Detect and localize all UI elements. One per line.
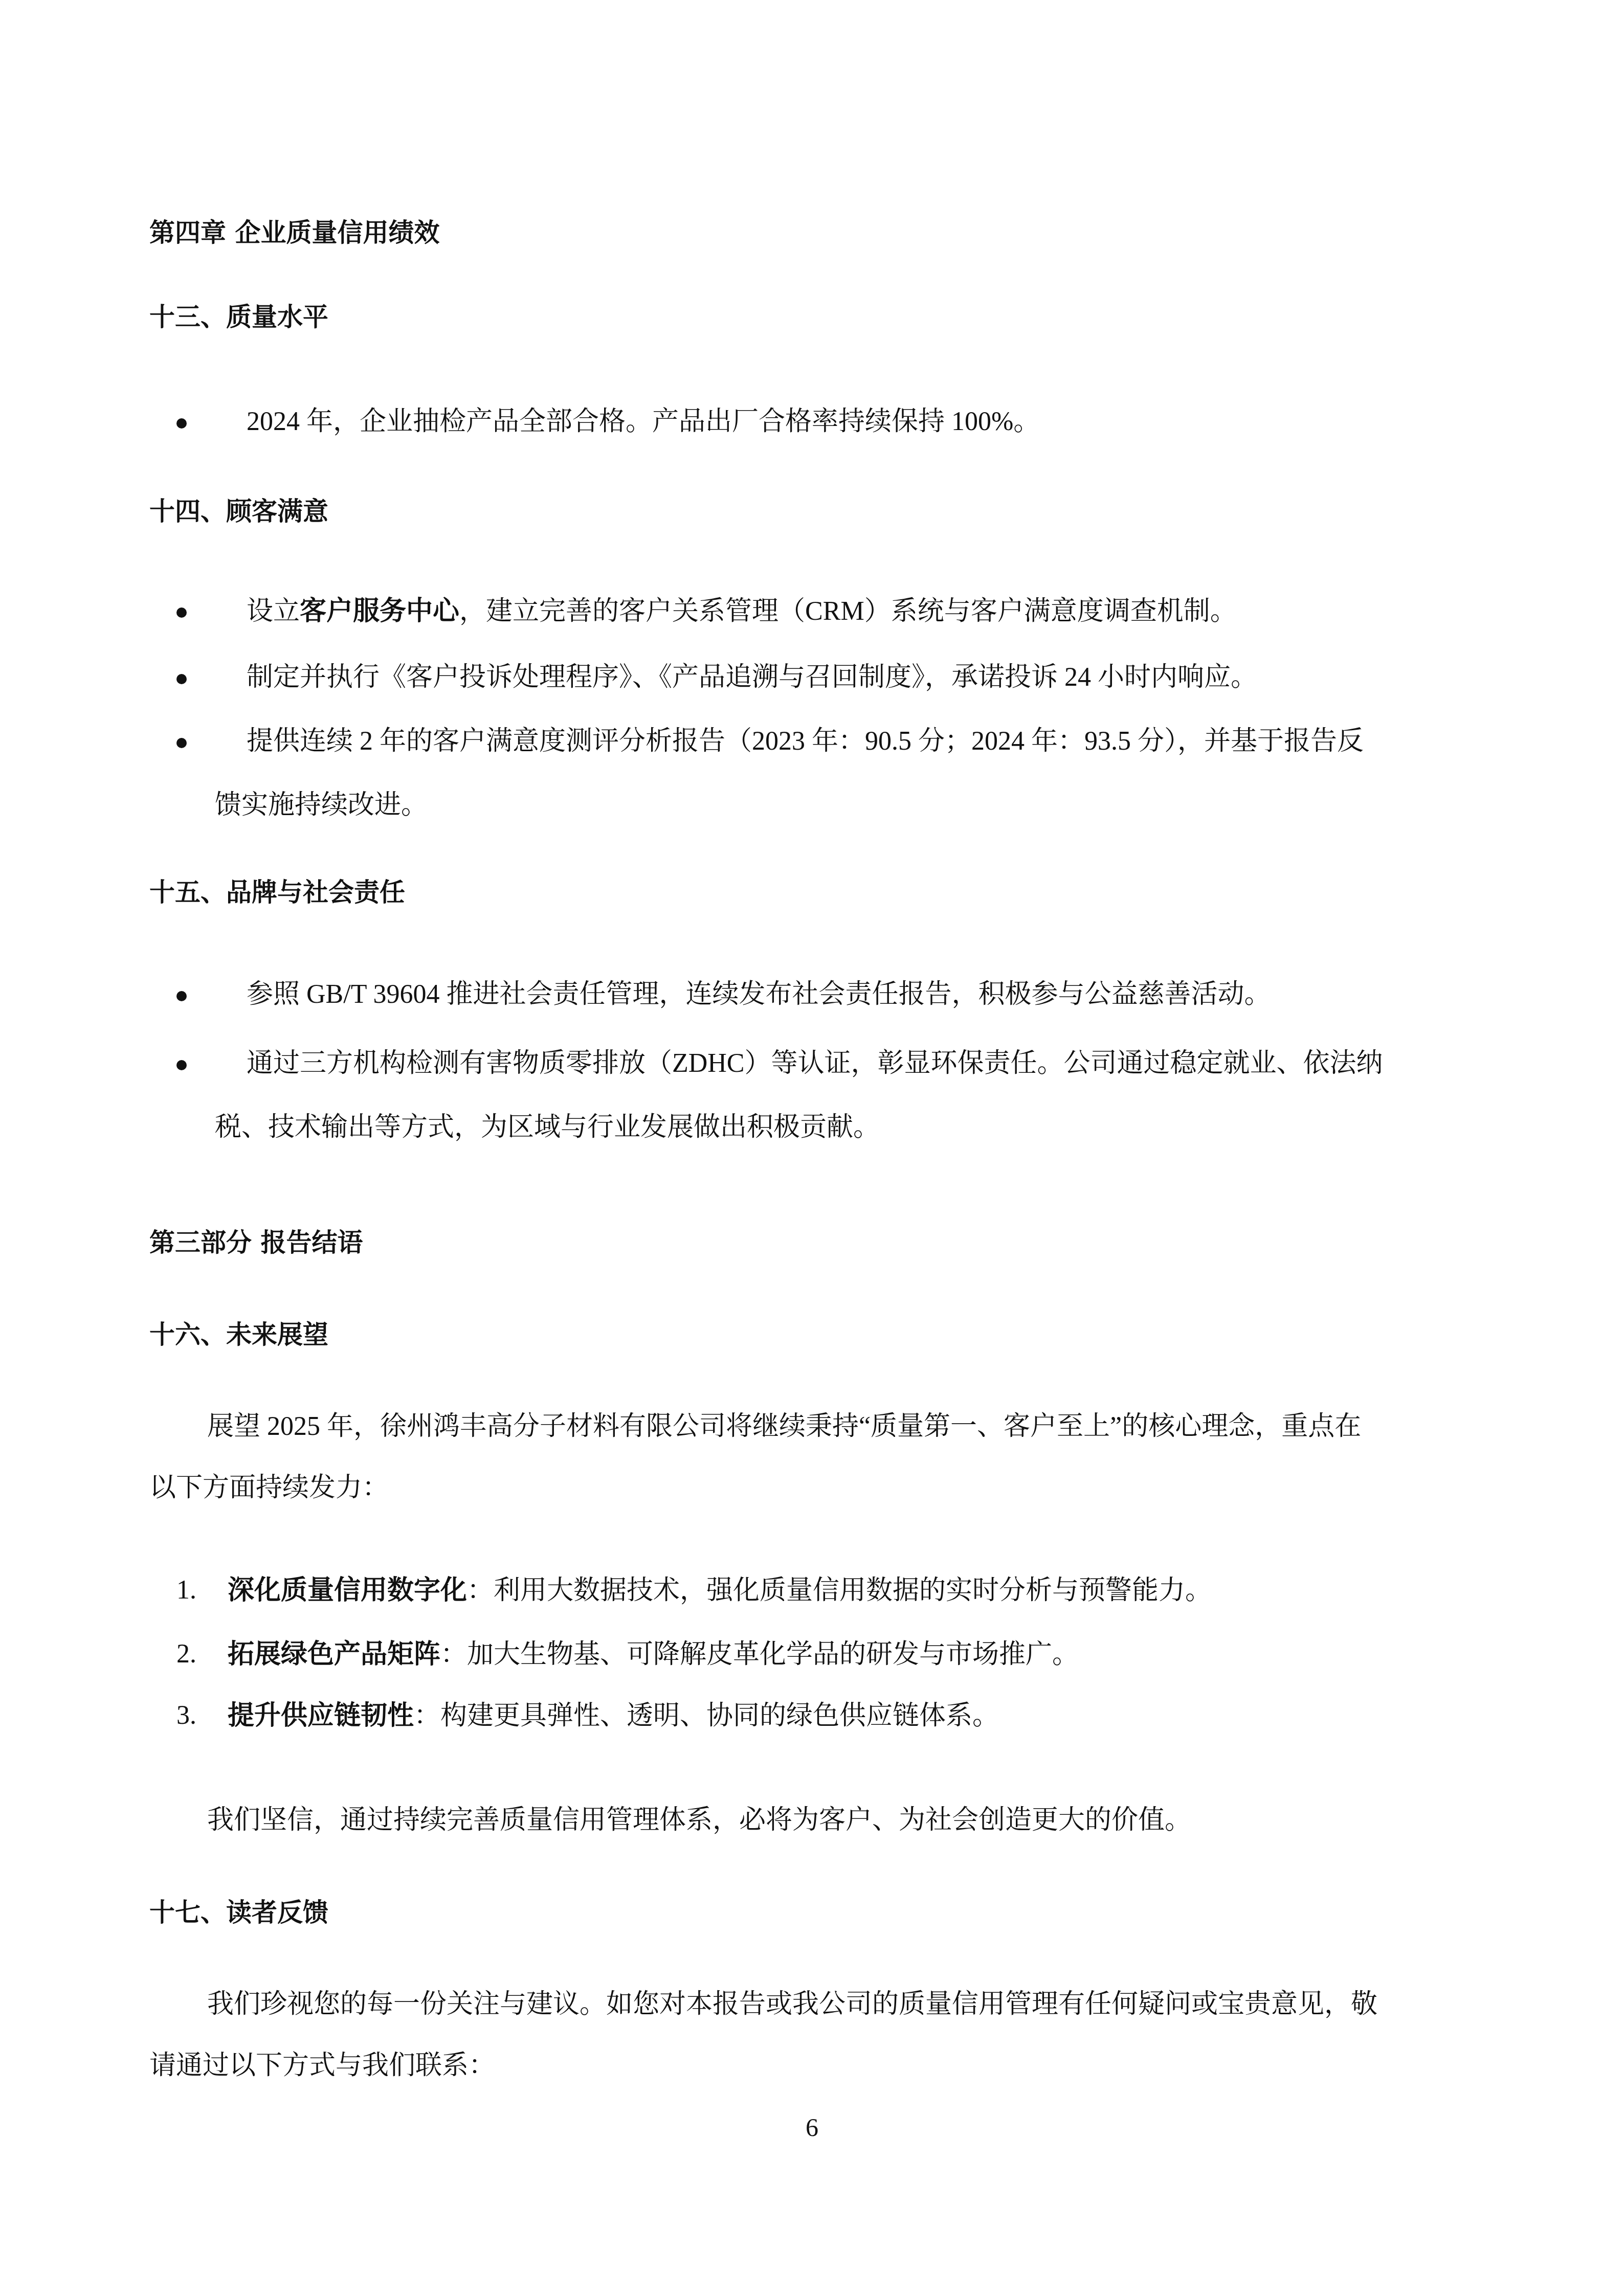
paragraph-line: 请通过以下方式与我们联系：: [149, 2051, 495, 2081]
bullet-text-continuation: 馈实施持续改进。: [215, 790, 428, 821]
list-number: 3.: [176, 1700, 196, 1731]
section-heading-16: 十六、未来展望: [149, 1319, 328, 1350]
paragraph-line: 我们珍视您的每一份关注与建议。如您对本报告或我公司的质量信用管理有任何疑问或宝贵…: [207, 1989, 1377, 2020]
section-heading-13: 十三、质量水平: [149, 302, 328, 332]
list-item-title: 提升供应链韧性: [228, 1700, 414, 1731]
list-item-text: ：利用大数据技术，强化质量信用数据的实时分析与预警能力。: [467, 1576, 1212, 1605]
list-number: 1.: [176, 1575, 196, 1606]
bullet-text-pre: 设立: [247, 597, 300, 626]
list-item-title: 拓展绿色产品矩阵: [228, 1639, 440, 1670]
bullet-icon: [176, 607, 187, 618]
list-item-title: 深化质量信用数字化: [228, 1575, 467, 1606]
bullet-icon: [176, 738, 187, 748]
paragraph-line: 以下方面持续发力：: [149, 1473, 389, 1503]
list-item-text: ：加大生物基、可降解皮革化学品的研发与市场推广。: [440, 1640, 1079, 1669]
bullet-text: 参照 GB/T 39604 推进社会责任管理，连续发布社会责任报告，积极参与公益…: [247, 979, 1271, 1010]
section-heading-15: 十五、品牌与社会责任: [149, 877, 405, 908]
list-number: 2.: [176, 1639, 196, 1670]
bullet-text: 提供连续 2 年的客户满意度测评分析报告（2023 年：90.5 分；2024 …: [247, 726, 1364, 757]
bullet-icon: [176, 1060, 187, 1070]
bullet-icon: [176, 991, 187, 1001]
bullet-text-continuation: 税、技术输出等方式，为区域与行业发展做出积极贡献。: [215, 1112, 880, 1143]
list-item: 提升供应链韧性：构建更具弹性、透明、协同的绿色供应链体系。: [228, 1700, 999, 1731]
bullet-text: 通过三方机构检测有害物质零排放（ZDHC）等认证，彰显环保责任。公司通过稳定就业…: [247, 1048, 1383, 1079]
bullet-text-post: ，建立完善的客户关系管理（CRM）系统与客户满意度调查机制。: [459, 597, 1237, 626]
bullet-icon: [176, 674, 187, 684]
list-item-text: ：构建更具弹性、透明、协同的绿色供应链体系。: [414, 1701, 999, 1730]
chapter-title: 第四章 企业质量信用绩效: [149, 217, 439, 248]
bullet-text: 设立客户服务中心，建立完善的客户关系管理（CRM）系统与客户满意度调查机制。: [247, 596, 1237, 626]
list-item: 拓展绿色产品矩阵：加大生物基、可降解皮革化学品的研发与市场推广。: [228, 1639, 1079, 1670]
closing-paragraph: 我们坚信，通过持续完善质量信用管理体系，必将为客户、为社会创造更大的价值。: [207, 1805, 1191, 1836]
bullet-text: 2024 年，企业抽检产品全部合格。产品出厂合格率持续保持 100%。: [247, 407, 1040, 437]
bullet-icon: [176, 418, 187, 429]
part-title: 第三部分 报告结语: [149, 1227, 363, 1258]
bullet-text-bold: 客户服务中心: [300, 596, 459, 626]
bullet-text: 制定并执行《客户投诉处理程序》、《产品追溯与召回制度》，承诺投诉 24 小时内响…: [247, 662, 1257, 693]
list-item: 深化质量信用数字化：利用大数据技术，强化质量信用数据的实时分析与预警能力。: [228, 1575, 1212, 1606]
page-number: 6: [0, 2112, 1624, 2143]
section-heading-14: 十四、顾客满意: [149, 496, 328, 527]
paragraph-line: 展望 2025 年，徐州鸿丰高分子材料有限公司将继续秉持“质量第一、客户至上”的…: [207, 1411, 1361, 1442]
section-heading-17: 十七、读者反馈: [149, 1897, 328, 1928]
